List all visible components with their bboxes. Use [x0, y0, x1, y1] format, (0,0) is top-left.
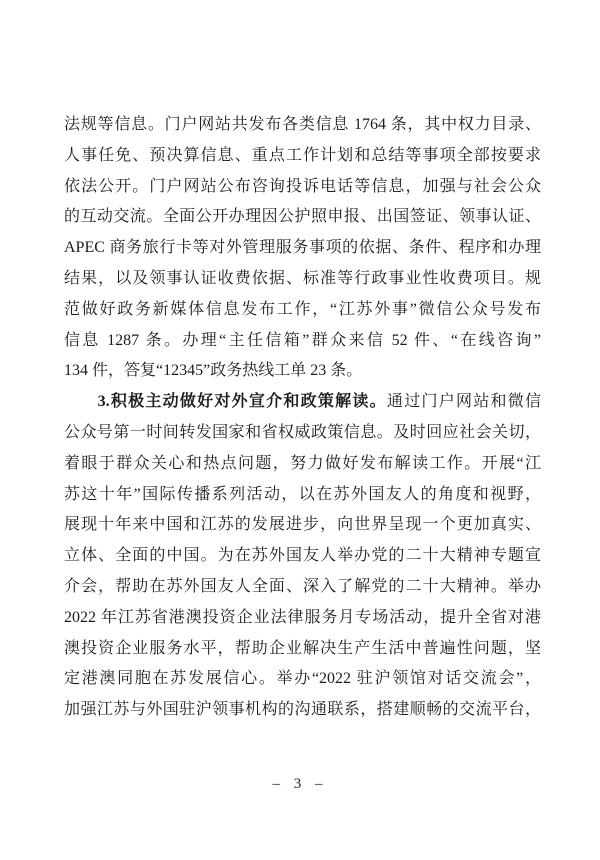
- body-text: 人事任免、预决算信息、重点工作计划和总结等事项全部按要求: [64, 147, 541, 164]
- text-line: 定港澳同胞在苏发展信心。举办“2022 驻沪领馆对话交流会”，: [64, 664, 541, 695]
- document-body: 法规等信息。门户网站共发布各类信息 1764 条，其中权力目录、人事任免、预决算…: [64, 110, 541, 726]
- body-text: 通过门户网站和微信: [387, 393, 541, 410]
- text-line: 公众号第一时间转发国家和省权威政策信息。及时回应社会关切，: [64, 418, 541, 449]
- text-line: 加强江苏与外国驻沪领事机构的沟通联系，搭建顺畅的交流平台，: [64, 695, 541, 726]
- body-text: 2022 年江苏省港澳投资企业法律服务月专场活动，提升全省对港: [64, 609, 541, 626]
- body-text: 苏这十年”国际传播系列活动，以在苏外国友人的角度和视野，: [64, 486, 541, 503]
- body-text: 结果，以及领事认证收费依据、标准等行政事业性收费项目。规: [64, 270, 541, 287]
- body-text: 公众号第一时间转发国家和省权威政策信息。及时回应社会关切，: [64, 424, 541, 441]
- text-line: 展现十年来中国和江苏的发展进步，向世界呈现一个更加真实、: [64, 510, 541, 541]
- body-text: 法规等信息。门户网站共发布各类信息 1764 条，其中权力目录、: [64, 116, 541, 133]
- body-text: 范做好政务新媒体信息发布工作，“江苏外事”微信公众号发布: [64, 301, 541, 318]
- body-text: 介会，帮助在苏外国友人全面、深入了解党的二十大精神。举办: [64, 578, 541, 595]
- body-text: 展现十年来中国和江苏的发展进步，向世界呈现一个更加真实、: [64, 516, 541, 533]
- body-text: 信息 1287 条。办理“主任信箱”群众来信 52 件、“在线咨询”: [64, 332, 541, 349]
- text-line: 依法公开。门户网站公布咨询投诉电话等信息，加强与社会公众: [64, 172, 541, 203]
- text-line: 的互动交流。全面公开办理因公护照申报、出国签证、领事认证、: [64, 202, 541, 233]
- text-line: 2022 年江苏省港澳投资企业法律服务月专场活动，提升全省对港: [64, 603, 541, 634]
- text-line: 介会，帮助在苏外国友人全面、深入了解党的二十大精神。举办: [64, 572, 541, 603]
- body-text: APEC 商务旅行卡等对外管理服务事项的依据、条件、程序和办理: [64, 239, 541, 256]
- body-text: 的互动交流。全面公开办理因公护照申报、出国签证、领事认证、: [64, 208, 541, 225]
- body-text: 定港澳同胞在苏发展信心。举办“2022 驻沪领馆对话交流会”，: [64, 670, 541, 687]
- body-text: 加强江苏与外国驻沪领事机构的沟通联系，搭建顺畅的交流平台，: [64, 701, 541, 718]
- text-line: 结果，以及领事认证收费依据、标准等行政事业性收费项目。规: [64, 264, 541, 295]
- page-number: – 3 –: [0, 776, 600, 793]
- text-line: 人事任免、预决算信息、重点工作计划和总结等事项全部按要求: [64, 141, 541, 172]
- body-text: 依法公开。门户网站公布咨询投诉电话等信息，加强与社会公众: [64, 178, 541, 195]
- text-line: 3.积极主动做好对外宣介和政策解读。通过门户网站和微信: [64, 387, 541, 418]
- text-line: 134 件，答复“12345”政务热线工单 23 条。: [64, 356, 541, 387]
- text-line: 立体、全面的中国。为在苏外国友人举办党的二十大精神专题宣: [64, 541, 541, 572]
- text-line: 澳投资企业服务水平，帮助企业解决生产生活中普遍性问题，坚: [64, 634, 541, 665]
- heading-text: 3.积极主动做好对外宣介和政策解读。: [98, 393, 387, 410]
- body-text: 着眼于群众关心和热点问题，努力做好发布解读工作。开展“江: [64, 455, 541, 472]
- body-text: 立体、全面的中国。为在苏外国友人举办党的二十大精神专题宣: [64, 547, 541, 564]
- text-line: 信息 1287 条。办理“主任信箱”群众来信 52 件、“在线咨询”: [64, 326, 541, 357]
- text-line: 苏这十年”国际传播系列活动，以在苏外国友人的角度和视野，: [64, 480, 541, 511]
- text-line: 着眼于群众关心和热点问题，努力做好发布解读工作。开展“江: [64, 449, 541, 480]
- text-line: APEC 商务旅行卡等对外管理服务事项的依据、条件、程序和办理: [64, 233, 541, 264]
- document-page: 法规等信息。门户网站共发布各类信息 1764 条，其中权力目录、人事任免、预决算…: [0, 0, 600, 860]
- text-line: 范做好政务新媒体信息发布工作，“江苏外事”微信公众号发布: [64, 295, 541, 326]
- text-line: 法规等信息。门户网站共发布各类信息 1764 条，其中权力目录、: [64, 110, 541, 141]
- body-text: 134 件，答复“12345”政务热线工单 23 条。: [64, 362, 362, 379]
- body-text: 澳投资企业服务水平，帮助企业解决生产生活中普遍性问题，坚: [64, 640, 541, 657]
